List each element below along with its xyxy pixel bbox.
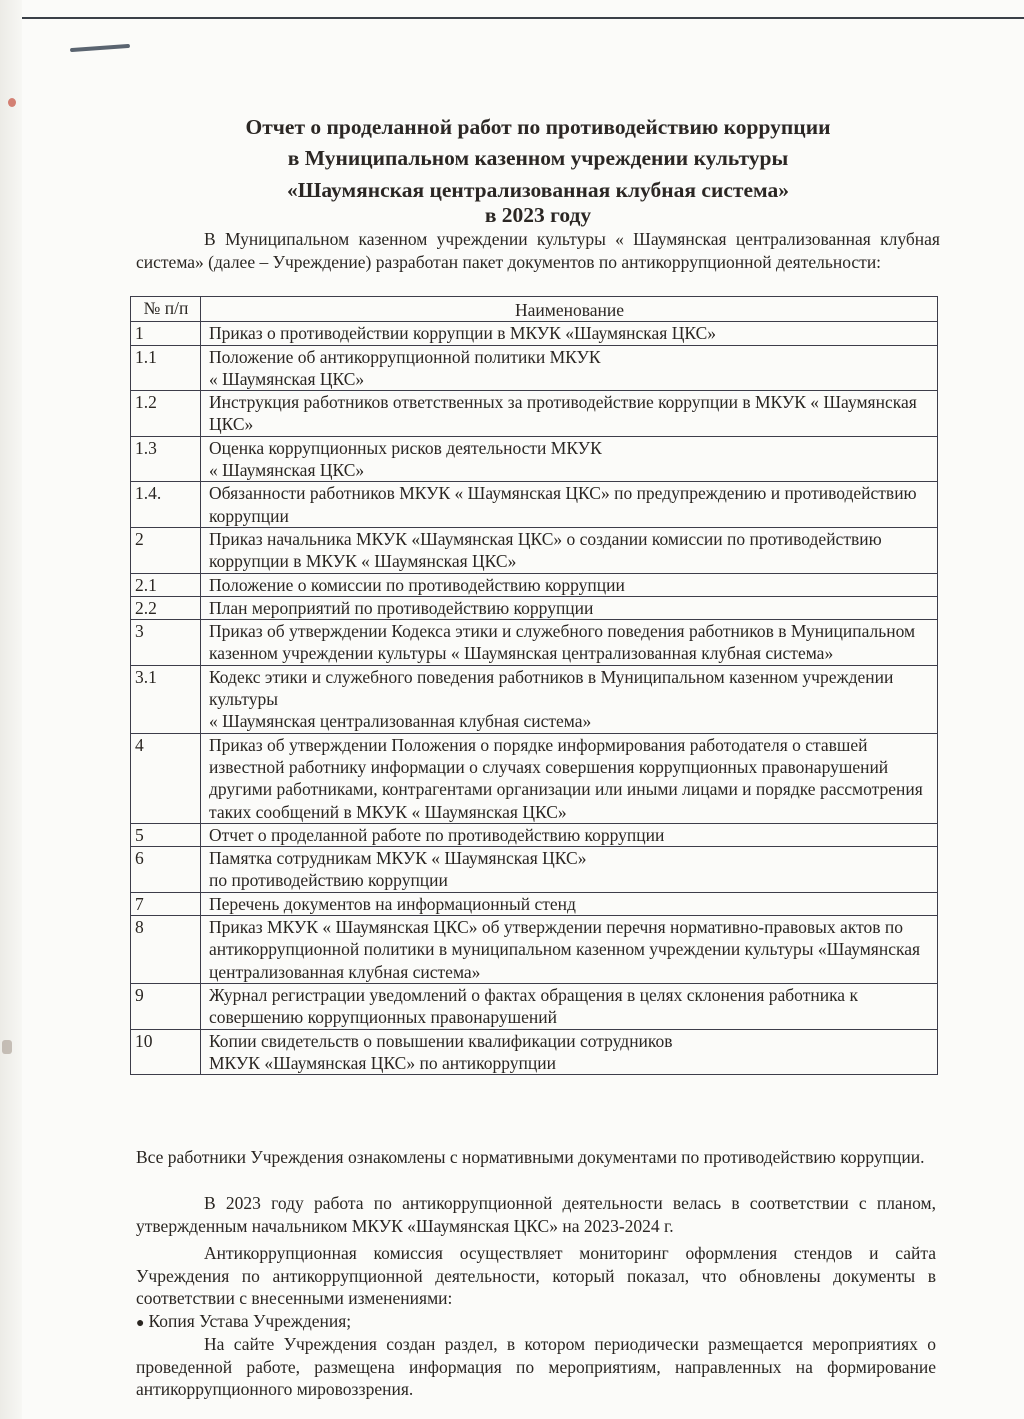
- row-document-name: Приказ начальника МКУК «Шаумянская ЦКС» …: [201, 527, 938, 573]
- table-row: 4Приказ об утверждении Положения о поряд…: [131, 733, 938, 823]
- row-number: 1.1: [131, 345, 201, 391]
- scan-edge-left: [0, 0, 22, 1419]
- paragraph-all-workers: Все работники Учреждения ознакомлены с н…: [136, 1146, 936, 1169]
- documents-table: № п/п Наименование 1Приказ о противодейс…: [130, 296, 938, 1075]
- bullet-list-item: ●Копия Устава Учреждения;: [136, 1310, 936, 1336]
- row-document-name: Приказ о противодействии коррупции в МКУ…: [201, 322, 938, 345]
- row-document-name: Приказ МКУК « Шаумянская ЦКС» об утвержд…: [201, 916, 938, 984]
- table-row: 1.4.Обязанности работников МКУК « Шаумян…: [131, 482, 938, 528]
- column-header-number: № п/п: [131, 297, 201, 322]
- table-row: 1.2Инструкция работников ответственных з…: [131, 391, 938, 437]
- table-row: 9Журнал регистрации уведомлений о фактах…: [131, 983, 938, 1029]
- row-document-name: Отчет о проделанной работе по противодей…: [201, 823, 938, 846]
- table-row: 10Копии свидетельств о повышении квалифи…: [131, 1029, 938, 1075]
- row-document-name: Обязанности работников МКУК « Шаумянская…: [201, 482, 938, 528]
- table-row: 1Приказ о противодействии коррупции в МК…: [131, 322, 938, 345]
- row-number: 2.2: [131, 596, 201, 619]
- intro-paragraph: В Муниципальном казенном учреждении куль…: [136, 228, 940, 273]
- row-document-name: Памятка сотрудникам МКУК « Шаумянская ЦК…: [201, 847, 938, 893]
- bullet-text: Копия Устава Учреждения;: [148, 1311, 351, 1331]
- table-row: 2.1Положение о комиссии по противодейств…: [131, 573, 938, 596]
- table-row: 1.3Оценка коррупционных рисков деятельно…: [131, 436, 938, 482]
- paragraph-site: На сайте Учреждения создан раздел, в кот…: [136, 1333, 936, 1401]
- row-number: 4: [131, 733, 201, 823]
- row-number: 1.3: [131, 436, 201, 482]
- table-row: 1.1Положение об антикоррупционной полити…: [131, 345, 938, 391]
- row-number: 9: [131, 983, 201, 1029]
- row-document-name: Положение об антикоррупционной политики …: [201, 345, 938, 391]
- document-title-line-4: в 2023 году: [136, 200, 940, 232]
- table-row: 6Памятка сотрудникам МКУК « Шаумянская Ц…: [131, 847, 938, 893]
- table-header-row: № п/п Наименование: [131, 297, 938, 322]
- row-document-name: Кодекс этики и служебного поведения рабо…: [201, 665, 938, 733]
- row-number: 6: [131, 847, 201, 893]
- row-number: 10: [131, 1029, 201, 1075]
- paragraph-commission: Антикоррупционная комиссия осуществляет …: [136, 1242, 936, 1310]
- table-row: 3Приказ об утверждении Кодекса этики и с…: [131, 620, 938, 666]
- bullet-icon: ●: [136, 1316, 144, 1331]
- stain-mark: [8, 98, 16, 107]
- row-number: 2: [131, 527, 201, 573]
- row-number: 1.2: [131, 391, 201, 437]
- row-document-name: Копии свидетельств о повышении квалифика…: [201, 1029, 938, 1075]
- row-document-name: Журнал регистрации уведомлений о фактах …: [201, 983, 938, 1029]
- row-document-name: Инструкция работников ответственных за п…: [201, 391, 938, 437]
- pen-mark: [70, 44, 130, 52]
- table-row: 8Приказ МКУК « Шаумянская ЦКС» об утверж…: [131, 916, 938, 984]
- row-number: 1: [131, 322, 201, 345]
- table-row: 5Отчет о проделанной работе по противоде…: [131, 823, 938, 846]
- table-row: 2Приказ начальника МКУК «Шаумянская ЦКС»…: [131, 527, 938, 573]
- document-title-line-2: в Муниципальном казенном учреждении куль…: [136, 143, 940, 175]
- row-document-name: Положение о комиссии по противодействию …: [201, 573, 938, 596]
- row-number: 3: [131, 620, 201, 666]
- column-header-name: Наименование: [201, 297, 938, 322]
- row-number: 7: [131, 892, 201, 915]
- row-number: 5: [131, 823, 201, 846]
- row-document-name: План мероприятий по противодействию корр…: [201, 596, 938, 619]
- smudge-mark: [2, 1040, 12, 1054]
- paragraph-2023-plan: В 2023 году работа по антикоррупционной …: [136, 1192, 936, 1237]
- row-number: 1.4.: [131, 482, 201, 528]
- row-number: 3.1: [131, 665, 201, 733]
- row-number: 8: [131, 916, 201, 984]
- table-row: 2.2План мероприятий по противодействию к…: [131, 596, 938, 619]
- row-document-name: Приказ об утверждении Положения о порядк…: [201, 733, 938, 823]
- table-row: 7Перечень документов на информационный с…: [131, 892, 938, 915]
- row-document-name: Приказ об утверждении Кодекса этики и сл…: [201, 620, 938, 666]
- document-title-line-1: Отчет о проделанной работ по противодейс…: [136, 112, 940, 144]
- row-document-name: Перечень документов на информационный ст…: [201, 892, 938, 915]
- row-number: 2.1: [131, 573, 201, 596]
- table-row: 3.1Кодекс этики и служебного поведения р…: [131, 665, 938, 733]
- scan-edge-top: [22, 17, 1024, 19]
- row-document-name: Оценка коррупционных рисков деятельности…: [201, 436, 938, 482]
- table-body: 1Приказ о противодействии коррупции в МК…: [131, 322, 938, 1075]
